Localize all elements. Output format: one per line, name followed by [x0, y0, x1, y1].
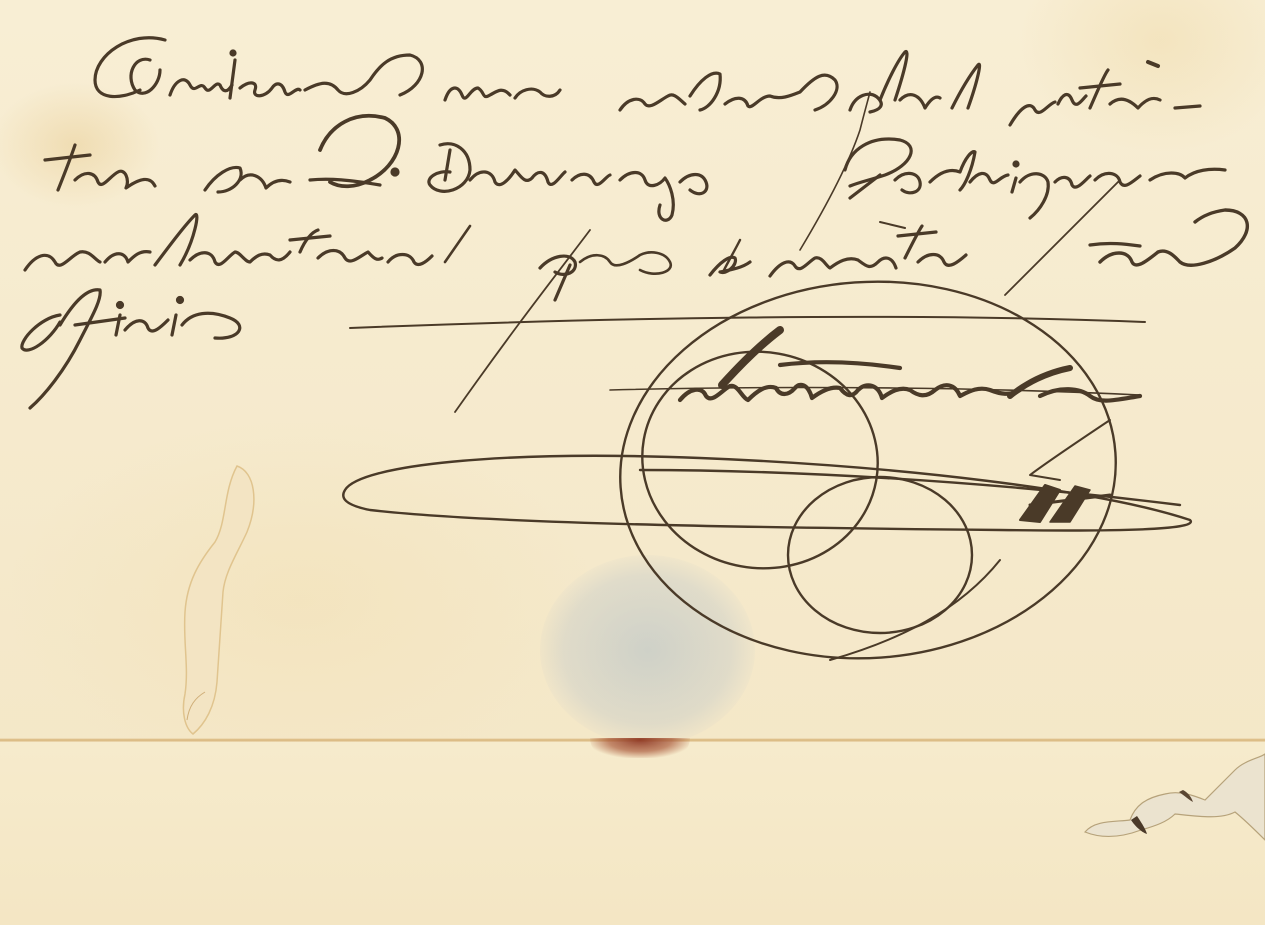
- rubric-strokes: [343, 265, 1191, 675]
- line-1-strokes: [95, 38, 1200, 125]
- signature-strokes: [680, 330, 1140, 401]
- handwriting-ink: [0, 0, 1265, 925]
- rule-strokes: [350, 92, 1145, 412]
- manuscript-page: Contiene una orden del intes- tado de D.…: [0, 0, 1265, 925]
- line-3-strokes: [25, 210, 1247, 300]
- line-4-strokes: [22, 290, 240, 408]
- line-2-strokes: [45, 116, 1225, 220]
